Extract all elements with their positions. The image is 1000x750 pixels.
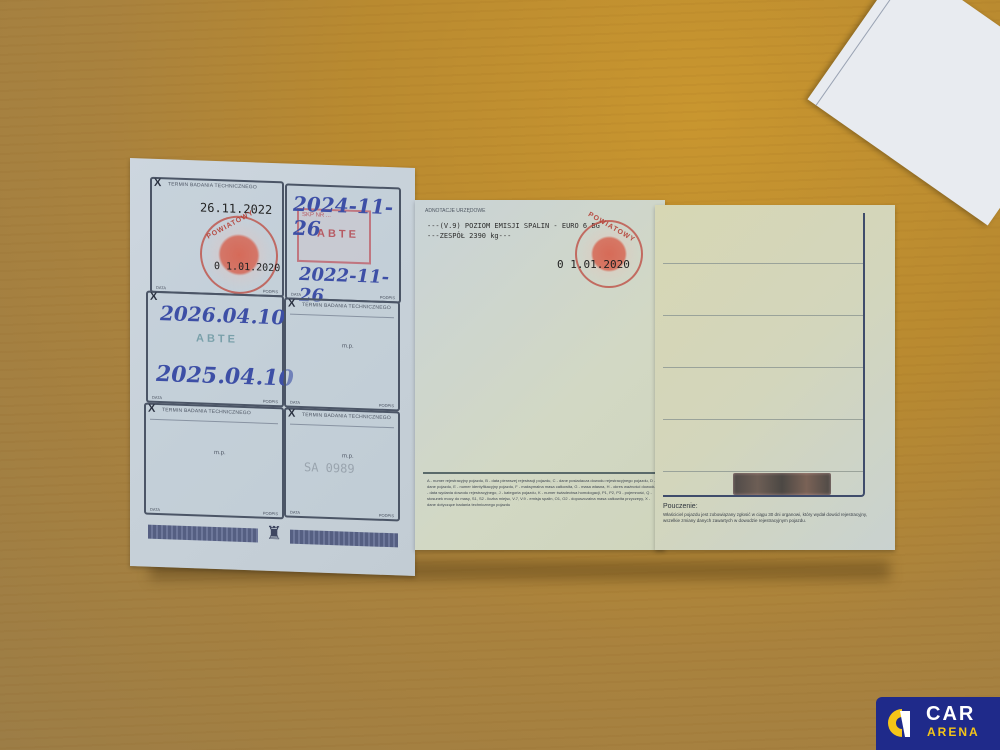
handwritten-date-top: 2026.04.10 <box>160 301 285 329</box>
ruled-line <box>663 367 863 368</box>
annotation-box <box>663 213 865 497</box>
signature-label: PODPIS <box>263 511 278 517</box>
left-page: X TERMIN BADANIA TECHNICZNEGO 26.11.2022… <box>130 158 415 576</box>
stamp-date: 0 1.01.2020 <box>214 261 280 274</box>
date-label: DATA <box>156 285 166 290</box>
inspection-cell-5: X TERMIN BADANIA TECHNICZNEGO m.p. DATA … <box>144 403 284 520</box>
seal-placeholder: m.p. <box>342 344 354 350</box>
cell-title: TERMIN BADANIA TECHNICZNEGO <box>162 407 251 416</box>
note-body: Właściciel pojazdu jest zobowiązany zgło… <box>663 512 885 524</box>
date-label: DATA <box>290 510 300 515</box>
seal-placeholder: m.p. <box>214 450 226 456</box>
handwritten-date-top: 2024-11-26 <box>293 192 399 244</box>
divider <box>423 472 661 474</box>
inspection-cell-6: X TERMIN BADANIA TECHNICZNEGO m.p. SA 09… <box>284 407 400 521</box>
faint-imprint: SA 0989 <box>304 460 355 476</box>
signature-label: PODPIS <box>380 295 395 301</box>
x-mark: X <box>154 177 161 189</box>
annotation-line-1: ---(V.9) POZIOM EMISJI SPALIN - EURO 6 B… <box>427 222 600 230</box>
inspection-cell-4: X TERMIN BADANIA TECHNICZNEGO m.p. DATA … <box>284 297 400 411</box>
official-round-stamp <box>200 214 278 295</box>
note-title: Pouczenie: <box>663 503 698 510</box>
ruled-line <box>663 419 863 420</box>
right-page: Pouczenie: Właściciel pojazdu jest zobow… <box>655 205 895 550</box>
ruled-line <box>663 315 863 316</box>
signature-label: PODPIS <box>379 513 394 519</box>
annotation-line-2: ---ZESPÓŁ 2390 kg--- <box>427 232 511 240</box>
faded-stamp: ABTE <box>196 332 238 345</box>
logo-text-arena: ARENA <box>927 725 980 739</box>
handwritten-date-bottom: 2025.04.10 <box>156 361 294 392</box>
date-label: DATA <box>152 395 162 400</box>
cell-title: TERMIN BADANIA TECHNICZNEGO <box>302 412 391 421</box>
x-mark: X <box>288 298 295 310</box>
middle-page: ADNOTACJE URZĘDOWE ---(V.9) POZIOM EMISJ… <box>415 200 665 550</box>
annotations-header: ADNOTACJE URZĘDOWE <box>425 208 485 214</box>
inspection-cell-2: SKP NR ... ABTE 2024-11-26 2022-11-26 DA… <box>285 183 401 303</box>
security-band-right <box>290 530 398 548</box>
car-arena-logo-icon <box>888 707 910 739</box>
divider <box>150 419 278 424</box>
field-legend: A - numer rejestracyjny pojazdu, B - dat… <box>427 478 659 508</box>
stamp-date: 0 1.01.2020 <box>557 258 630 271</box>
cell-title: TERMIN BADANIA TECHNICZNEGO <box>168 181 257 190</box>
inspection-cell-3: X 2026.04.10 ABTE 2025.04.10 DATA PODPIS <box>146 291 284 408</box>
date-label: DATA <box>291 292 301 297</box>
ruled-line <box>663 471 863 472</box>
ruled-line <box>663 263 863 264</box>
signature-label: PODPIS <box>263 399 278 405</box>
inspection-cell-1: X TERMIN BADANIA TECHNICZNEGO 26.11.2022… <box>150 177 284 298</box>
hologram-sticker <box>733 473 831 495</box>
date-label: DATA <box>150 507 160 512</box>
signature-label: PODPIS <box>379 403 394 409</box>
x-mark: X <box>150 291 157 303</box>
date-label: DATA <box>290 400 300 405</box>
x-mark: X <box>288 408 295 420</box>
cell-title: TERMIN BADANIA TECHNICZNEGO <box>302 302 391 311</box>
security-band-left <box>148 525 258 543</box>
seal-placeholder: m.p. <box>342 454 354 460</box>
eagle-emblem-icon: ♜ <box>266 523 282 545</box>
signature-label: PODPIS <box>263 289 278 295</box>
logo-text-car: CAR <box>926 703 975 726</box>
x-mark: X <box>148 403 155 415</box>
car-arena-logo: CAR ARENA <box>876 697 1000 750</box>
divider <box>290 424 394 429</box>
divider <box>290 314 394 319</box>
typed-date: 26.11.2022 <box>200 200 272 217</box>
